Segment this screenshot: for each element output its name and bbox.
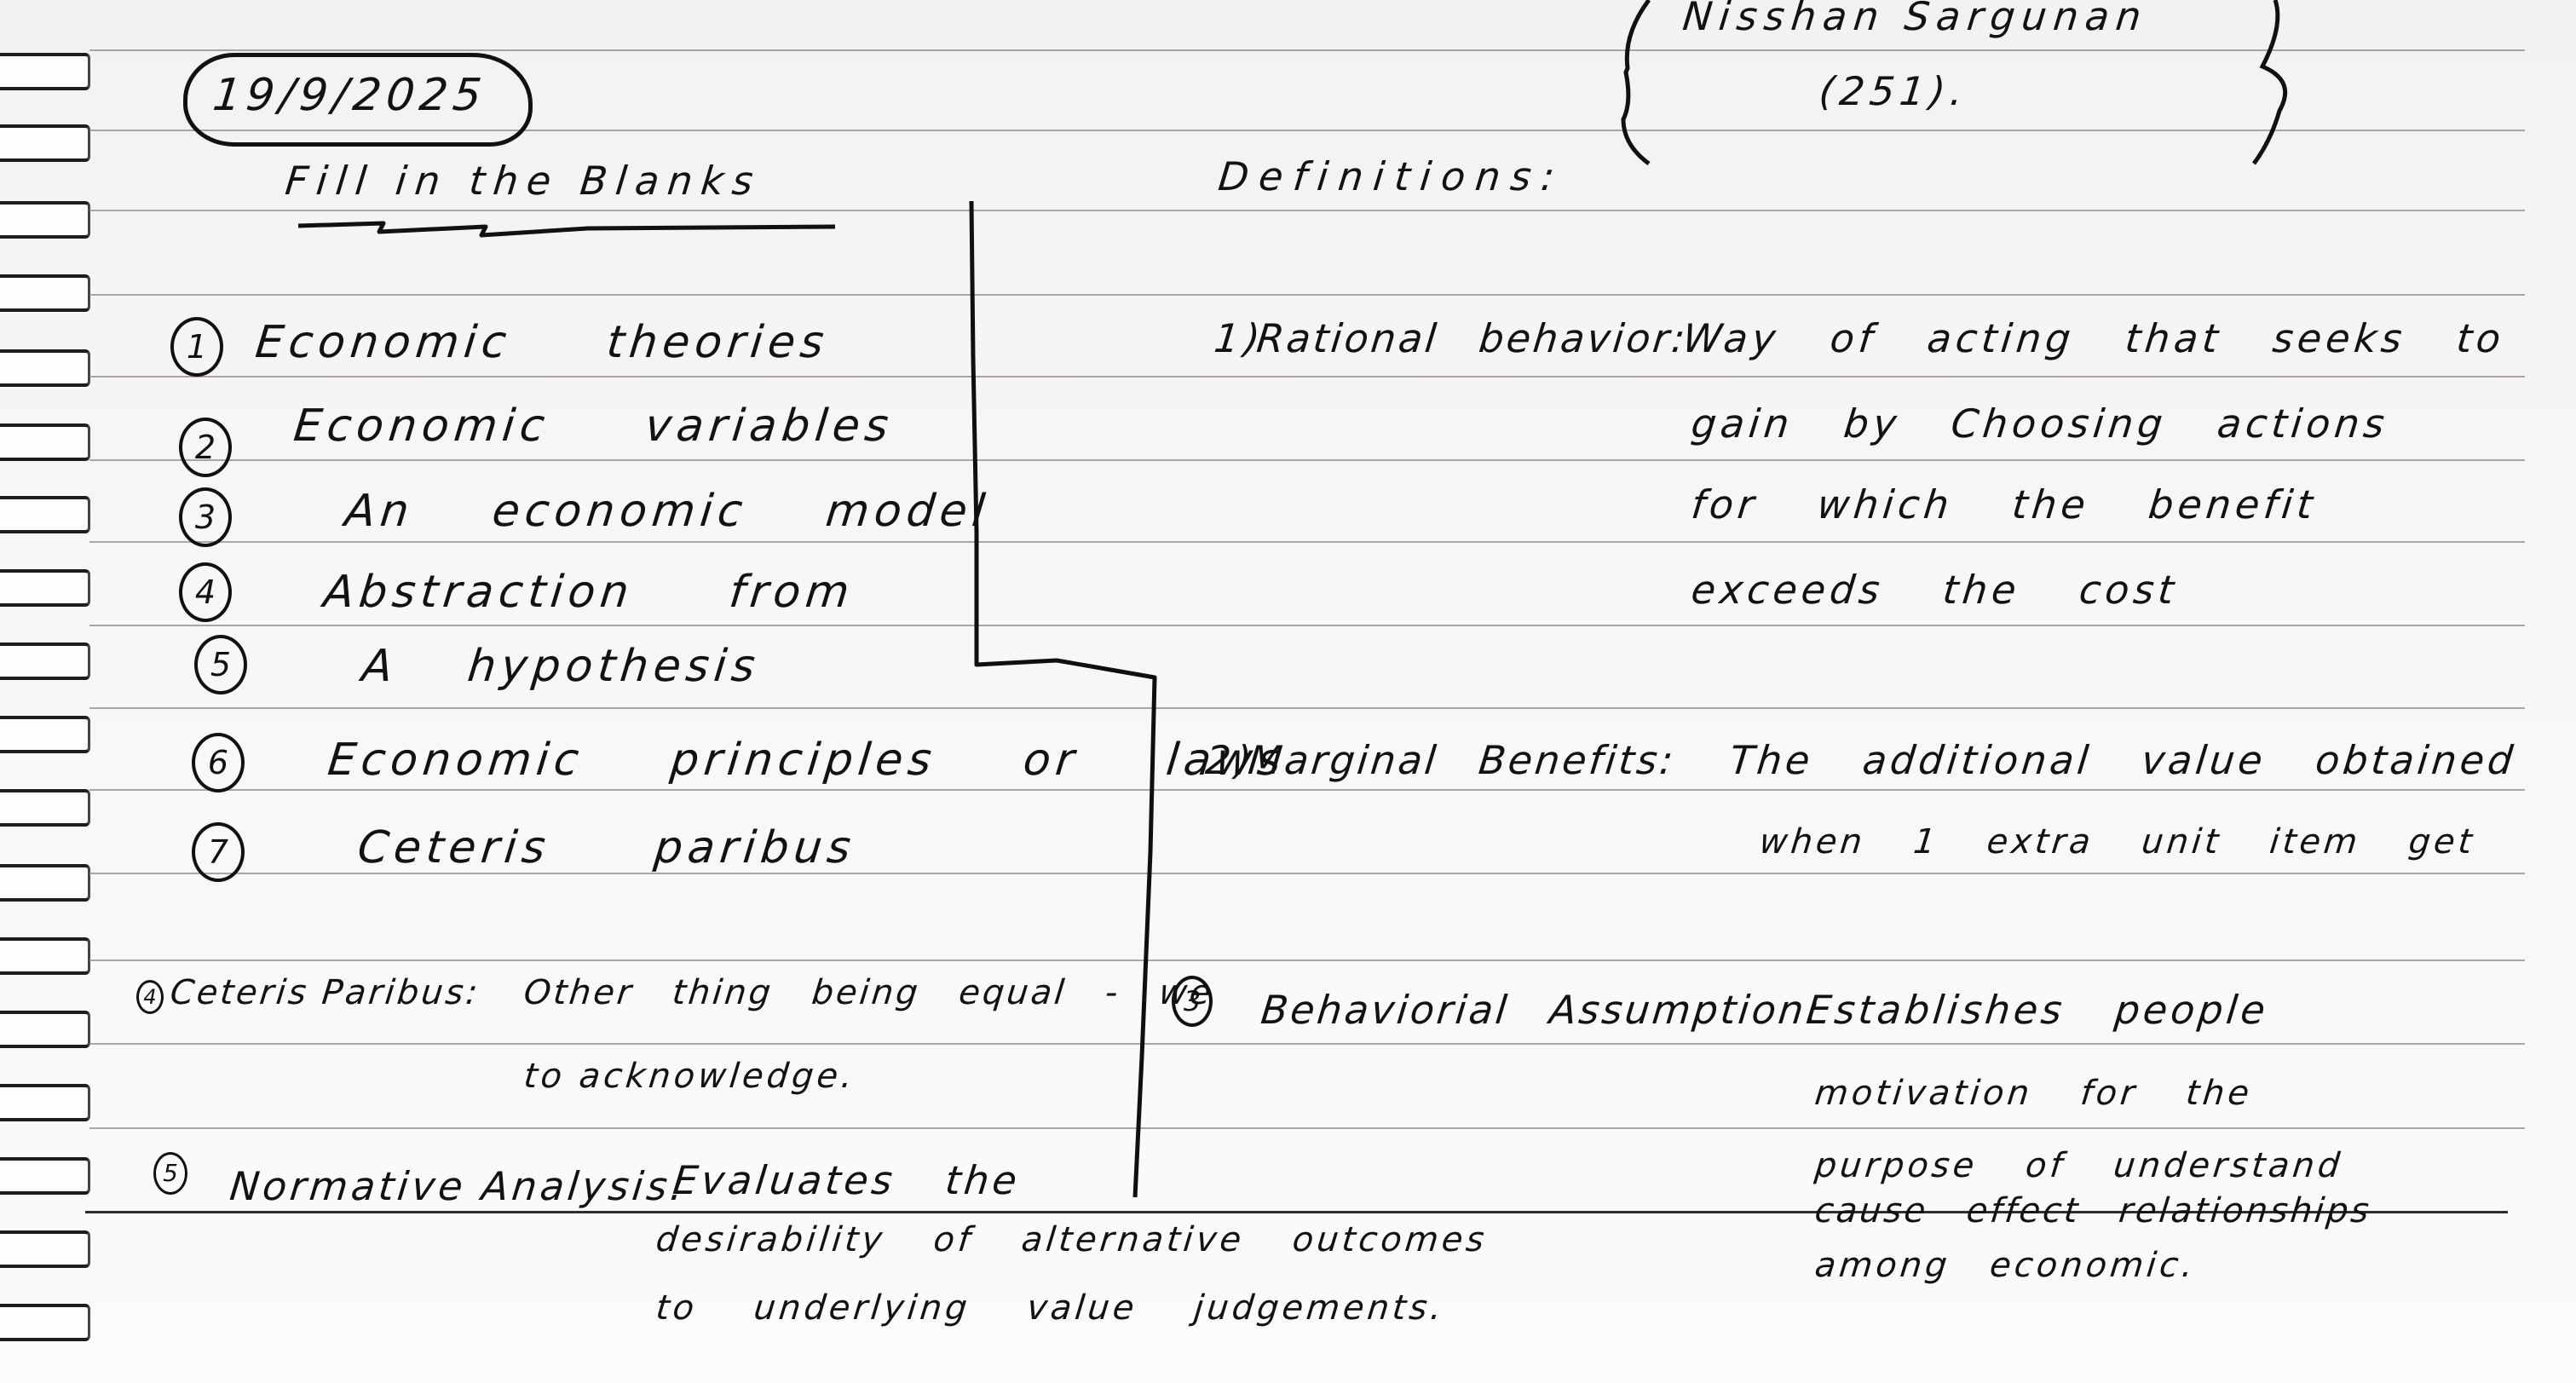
definition-term: Ceteris Paribus: xyxy=(169,973,482,1012)
answer-text: Economic theories xyxy=(253,317,832,368)
definition-line: Evaluates the xyxy=(671,1157,1023,1203)
definition-line: Way of acting that seeks to xyxy=(1680,315,2507,361)
definition-number: 4 xyxy=(136,980,164,1014)
definition-term: Behaviorial Assumption: xyxy=(1259,987,1824,1033)
item-number: 1 xyxy=(170,317,223,377)
definition-line: Other thing being equal - we xyxy=(522,973,1215,1012)
answer-text: Economic variables xyxy=(291,400,896,452)
definition-line: purpose of understand xyxy=(1813,1146,2345,1185)
item-number: 6 xyxy=(192,733,245,792)
answer-text: Economic principles or laws xyxy=(326,735,1288,786)
definition-line: when 1 extra unit item get xyxy=(1758,822,2477,861)
left-section-title: Fill in the Blanks xyxy=(283,158,764,204)
definition-line: exceeds the cost xyxy=(1689,567,2180,613)
author-name: Nisshan Sargunan xyxy=(1680,0,2150,39)
item-number: 2 xyxy=(179,418,232,477)
notebook-page: 19/9/2025 Nisshan Sargunan (251). Fill i… xyxy=(0,0,2576,1383)
item-number: 5 xyxy=(194,635,247,694)
definition-term: Marginal Benefits: xyxy=(1246,737,1678,783)
date: 19/9/2025 xyxy=(210,70,489,121)
definition-number: 5 xyxy=(153,1152,187,1195)
author-left-brace xyxy=(1623,0,1649,164)
author-right-brace xyxy=(2254,0,2285,164)
definition-line: to underlying value judgements. xyxy=(654,1288,1447,1328)
definition-line: desirability of alternative outcomes xyxy=(654,1220,1490,1259)
answer-text: A hypothesis xyxy=(360,641,763,692)
author-id: (251). xyxy=(1817,68,1970,114)
title-underline xyxy=(298,223,835,235)
column-divider xyxy=(971,201,1155,1197)
definition-line: Establishes people xyxy=(1804,987,2271,1033)
definition-line: motivation for the xyxy=(1813,1074,2255,1113)
definition-line: to acknowledge. xyxy=(522,1057,858,1096)
definition-line: for which the benefit xyxy=(1689,481,2319,527)
answer-text: An economic model xyxy=(343,486,993,537)
definition-line: among economic. xyxy=(1813,1246,2199,1285)
definition-line: gain by Choosing actions xyxy=(1689,400,2391,447)
item-number: 3 xyxy=(179,487,232,547)
definition-term: Rational behavior: xyxy=(1254,315,1690,361)
answer-text: Abstraction from xyxy=(321,567,856,618)
definition-number: 3 xyxy=(1172,976,1213,1027)
definition-line: cause effect relationships xyxy=(1813,1191,2373,1230)
definition-line: The additional value obtained xyxy=(1727,737,2518,783)
right-section-title: Definitions: xyxy=(1216,153,1567,199)
answer-text: Ceteris paribus xyxy=(355,822,858,873)
definition-term: Normative Analysis: xyxy=(228,1163,689,1209)
item-number: 7 xyxy=(192,822,245,882)
item-number: 4 xyxy=(179,562,232,622)
